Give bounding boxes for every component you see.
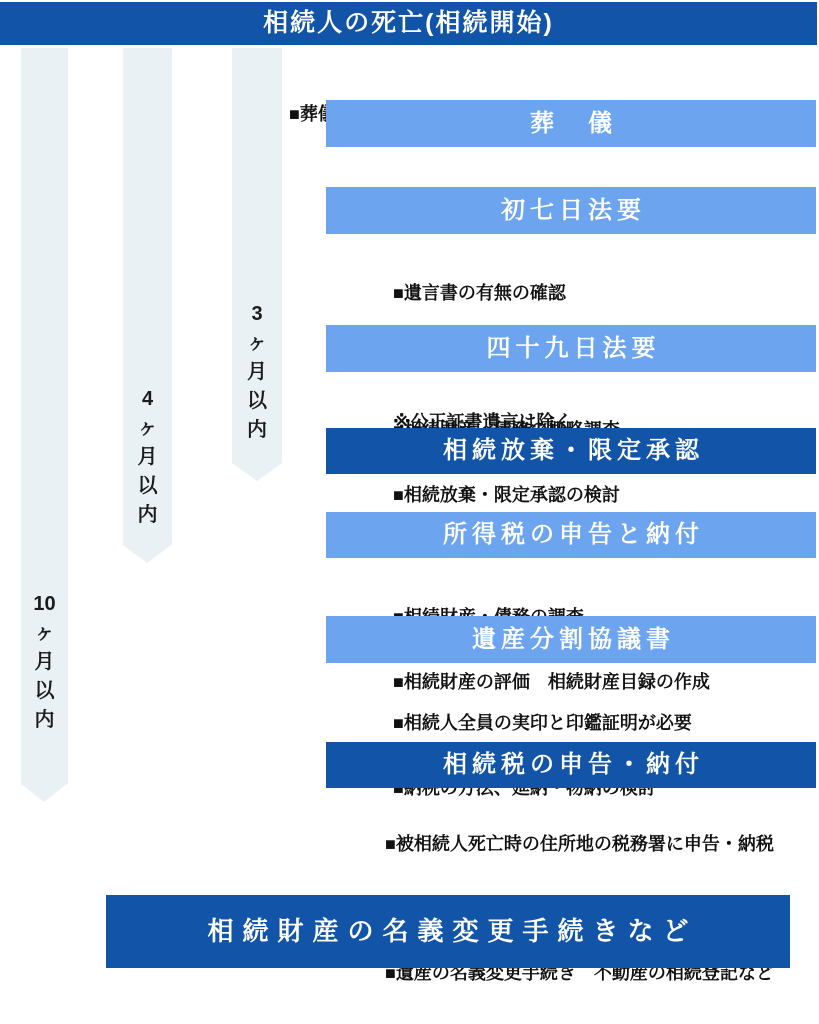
band-char: 内 [35, 706, 55, 735]
band-char: 10 [33, 590, 55, 619]
arrow-tip [123, 545, 171, 563]
band-char: ヶ [247, 329, 267, 358]
header-banner: 相続人の死亡(相続開始) [0, 2, 817, 45]
band-char: 4 [142, 385, 153, 414]
arrow-tip [21, 784, 67, 802]
header-title: 相続人の死亡(相続開始) [263, 9, 554, 37]
timeline-band-10-months: 10 ヶ 月 以 内 [21, 48, 68, 784]
timeline-band-label: 3 ヶ 月 以 内 [232, 300, 282, 445]
note-line: ■遺言書の有無の確認 [393, 283, 692, 305]
step-box-income-tax-filing: 所得税の申告と納付 [326, 512, 816, 558]
inheritance-timeline-diagram: 相続人の死亡(相続開始) 10 ヶ 月 以 内 4 ヶ 月 以 内 3 ヶ 月 … [0, 0, 819, 1024]
footer-title: 相続財産の名義変更手続きなど [207, 916, 697, 946]
band-char: ヶ [138, 414, 158, 443]
note-line: ■被相続人死亡時の住所地の税務署に申告・納税 [385, 834, 774, 856]
step-box-division-agreement: 遺産分割協議書 [326, 616, 816, 663]
band-char: 月 [247, 358, 267, 387]
band-char: 以 [138, 472, 158, 501]
band-char: 月 [35, 648, 55, 677]
band-char: 以 [247, 387, 267, 416]
timeline-band-label: 10 ヶ 月 以 内 [21, 590, 68, 735]
footer-banner: 相続財産の名義変更手続きなど [106, 895, 790, 968]
timeline-band-4-months: 4 ヶ 月 以 内 [123, 48, 172, 545]
step-box-renunciation-limited-acceptance: 相続放棄・限定承認 [326, 428, 816, 474]
step-box-49th-day-memorial: 四十九日法要 [326, 325, 816, 372]
band-char: ヶ [35, 619, 55, 648]
band-char: 3 [251, 300, 262, 329]
timeline-band-3-months: 3 ヶ 月 以 内 [232, 48, 282, 463]
step-box-inheritance-tax-filing: 相続税の申告・納付 [326, 742, 816, 788]
band-char: 以 [35, 677, 55, 706]
step-box-funeral: 葬 儀 [326, 100, 816, 147]
band-char: 月 [138, 443, 158, 472]
band-char: 内 [138, 501, 158, 530]
arrow-tip [232, 463, 282, 481]
band-char: 内 [247, 416, 267, 445]
note-line: ■相続人全員の実印と印鑑証明が必要 [393, 713, 692, 735]
step-box-first-seven-days-memorial: 初七日法要 [326, 187, 816, 234]
timeline-band-label: 4 ヶ 月 以 内 [123, 385, 172, 530]
